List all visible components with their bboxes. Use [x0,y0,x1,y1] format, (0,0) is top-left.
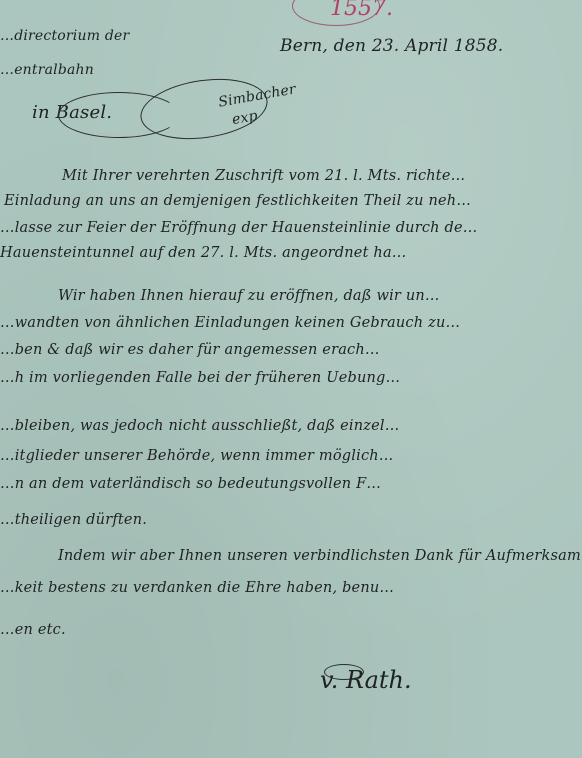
signature: v. Rath. [320,666,412,694]
letter-line: …wandten von ähnlichen Einladungen keine… [0,315,460,331]
archive-number: 1557. [330,0,393,21]
letter-line: …en etc. [0,622,66,638]
letter-line: …bleiben, was jedoch nicht ausschließt, … [0,418,399,434]
letter-line: Einladung an uns an demjenigen festlichk… [4,193,471,209]
letter-line: …ben & daß wir es daher für angemessen e… [0,342,380,358]
letter-line: Mit Ihrer verehrten Zuschrift vom 21. l.… [62,168,465,184]
letter-line: …h im vorliegenden Falle bei der frühere… [0,370,400,386]
letter-line: …theiligen dürften. [0,512,147,528]
letter-line: Hauensteintunnel auf den 27. l. Mts. ang… [0,245,407,261]
letter-line: …lasse zur Feier der Eröffnung der Hauen… [0,220,477,236]
letter-line: Wir haben Ihnen hierauf zu eröffnen, daß… [58,288,440,304]
letter-line: Indem wir aber Ihnen unseren verbindlich… [58,548,582,564]
letter-line: …n an dem vaterländisch so bedeutungsvol… [0,476,381,492]
letter-line: …keit bestens zu verdanken die Ehre habe… [0,580,394,596]
recipient-line-2: …entralbahn [0,62,94,78]
place-date: Bern, den 23. April 1858. [280,36,503,56]
recipient-line-1: …directorium der [0,28,129,44]
letter-line: …itglieder unserer Behörde, wenn immer m… [0,448,394,464]
